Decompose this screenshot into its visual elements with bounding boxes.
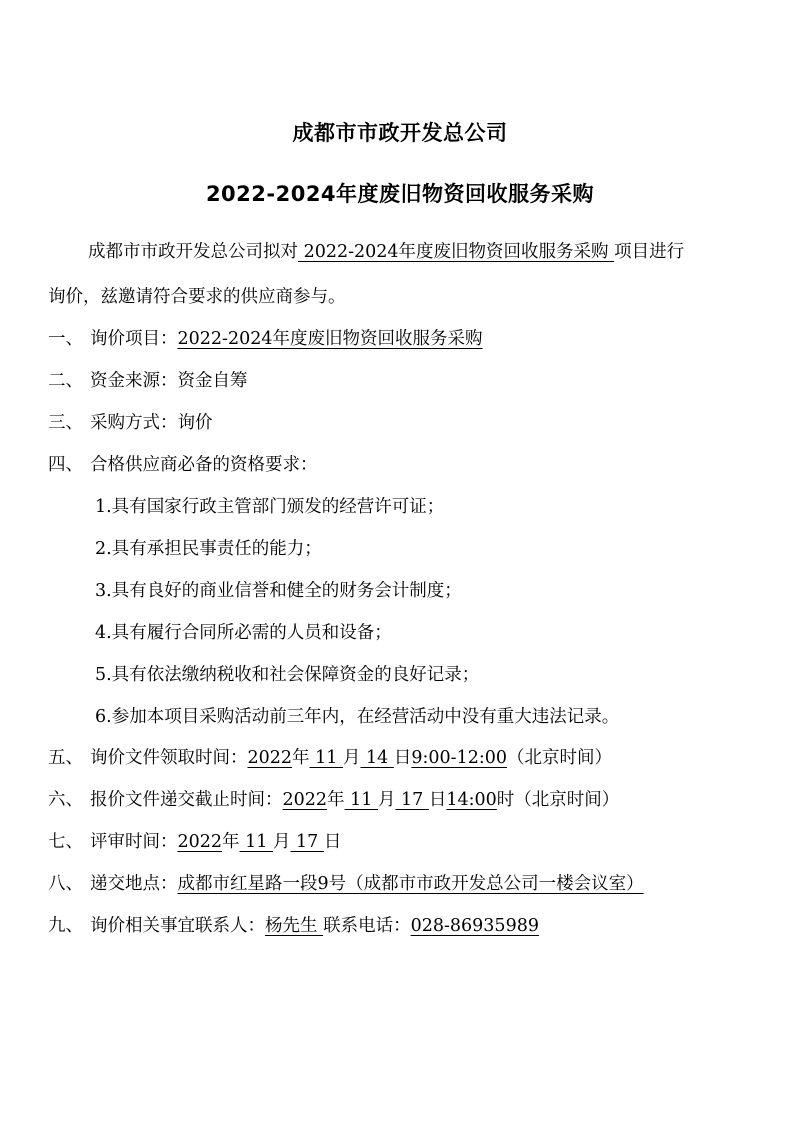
section-number: 八、 (48, 872, 90, 896)
section-label: 递交地点： (90, 874, 178, 894)
date-month: 11 (310, 748, 343, 768)
section-label: 合格供应商必备的资格要求： (90, 455, 318, 475)
requirement-item: 2.具有承担民事责任的能力； (95, 537, 322, 561)
unit: 时 (497, 790, 515, 810)
document-title-project: 2022-2024年度废旧物资回收服务采购 (0, 178, 800, 208)
intro-suffix: 项目进行 (614, 242, 684, 262)
document-page: 成都市市政开发总公司 2022-2024年度废旧物资回收服务采购 成都市市政开发… (0, 0, 800, 1131)
section-number: 五、 (48, 746, 90, 770)
date-year: 2022 (283, 790, 328, 810)
date-month: 11 (345, 790, 378, 810)
section-label: 资金来源： (90, 371, 178, 391)
section-label: 询价相关事宜联系人： (90, 916, 265, 936)
document-title-company: 成都市市政开发总公司 (0, 117, 800, 147)
requirement-item: 5.具有依法缴纳税收和社会保障资金的良好记录； (95, 663, 479, 687)
section-label: 询价项目： (90, 329, 178, 349)
unit: 日 (394, 748, 412, 768)
contact-phone: 028-86935989 (411, 916, 539, 936)
unit: 年 (222, 832, 240, 852)
section-number: 四、 (48, 453, 90, 477)
section-label: 评审时间： (90, 832, 178, 852)
section-1: 一、询价项目：2022-2024年度废旧物资回收服务采购 (48, 327, 483, 351)
unit: 年 (327, 790, 345, 810)
phone-label: 联系电话： (323, 916, 411, 936)
timezone: （北京时间） (514, 790, 619, 810)
section-number: 六、 (48, 788, 90, 812)
section-number: 三、 (48, 411, 90, 435)
requirement-item: 4.具有履行合同所必需的人员和设备； (95, 621, 392, 645)
time-range: 9:00-12:00 (411, 748, 507, 768)
requirement-item: 1.具有国家行政主管部门颁发的经营许可证； (95, 495, 444, 519)
section-number: 九、 (48, 914, 90, 938)
unit: 日 (324, 832, 342, 852)
submission-address: 成都市红星路一段9号（成都市市政开发总公司一楼会议室） (178, 874, 644, 894)
requirement-item: 6.参加本项目采购活动前三年内，在经营活动中没有重大违法记录。 (95, 705, 619, 729)
section-value: 资金自筹 (178, 371, 248, 391)
intro-paragraph-line1: 成都市市政开发总公司拟对 2022-2024年度废旧物资回收服务采购 项目进行 (88, 240, 684, 264)
deadline-time: 14:00 (446, 790, 496, 810)
section-number: 七、 (48, 830, 90, 854)
section-number: 二、 (48, 369, 90, 393)
section-4: 四、合格供应商必备的资格要求： (48, 453, 318, 477)
intro-prefix: 成都市市政开发总公司拟对 (88, 242, 298, 262)
section-label: 采购方式： (90, 413, 178, 433)
section-label: 询价文件领取时间： (90, 748, 248, 768)
date-year: 2022 (178, 832, 223, 852)
section-3: 三、采购方式：询价 (48, 411, 213, 435)
section-value: 2022-2024年度废旧物资回收服务采购 (178, 329, 483, 349)
intro-paragraph-line2: 询价，兹邀请符合要求的供应商参与。 (48, 285, 346, 309)
date-day: 17 (395, 790, 428, 810)
date-year: 2022 (248, 748, 293, 768)
contact-person: 杨先生 (265, 916, 323, 936)
section-number: 一、 (48, 327, 90, 351)
section-9: 九、询价相关事宜联系人：杨先生 联系电话：028-86935989 (48, 914, 539, 938)
section-value: 询价 (178, 413, 213, 433)
section-label: 报价文件递交截止时间： (90, 790, 283, 810)
unit: 月 (273, 832, 291, 852)
section-6: 六、报价文件递交截止时间：2022年 11 月 17 日14:00时（北京时间） (48, 788, 619, 812)
unit: 日 (429, 790, 447, 810)
date-day: 14 (360, 748, 393, 768)
date-month: 11 (240, 832, 273, 852)
section-2: 二、资金来源：资金自筹 (48, 369, 248, 393)
section-5: 五、询价文件领取时间：2022年 11 月 14 日9:00-12:00（北京时… (48, 746, 612, 770)
date-day: 17 (290, 832, 323, 852)
section-8: 八、递交地点：成都市红星路一段9号（成都市市政开发总公司一楼会议室） (48, 872, 644, 896)
unit: 月 (378, 790, 396, 810)
section-7: 七、评审时间：2022年 11 月 17 日 (48, 830, 341, 854)
unit: 年 (292, 748, 310, 768)
timezone: （北京时间） (507, 748, 612, 768)
unit: 月 (343, 748, 361, 768)
intro-project-name: 2022-2024年度废旧物资回收服务采购 (298, 242, 614, 262)
requirement-item: 3.具有良好的商业信誉和健全的财务会计制度； (95, 579, 462, 603)
